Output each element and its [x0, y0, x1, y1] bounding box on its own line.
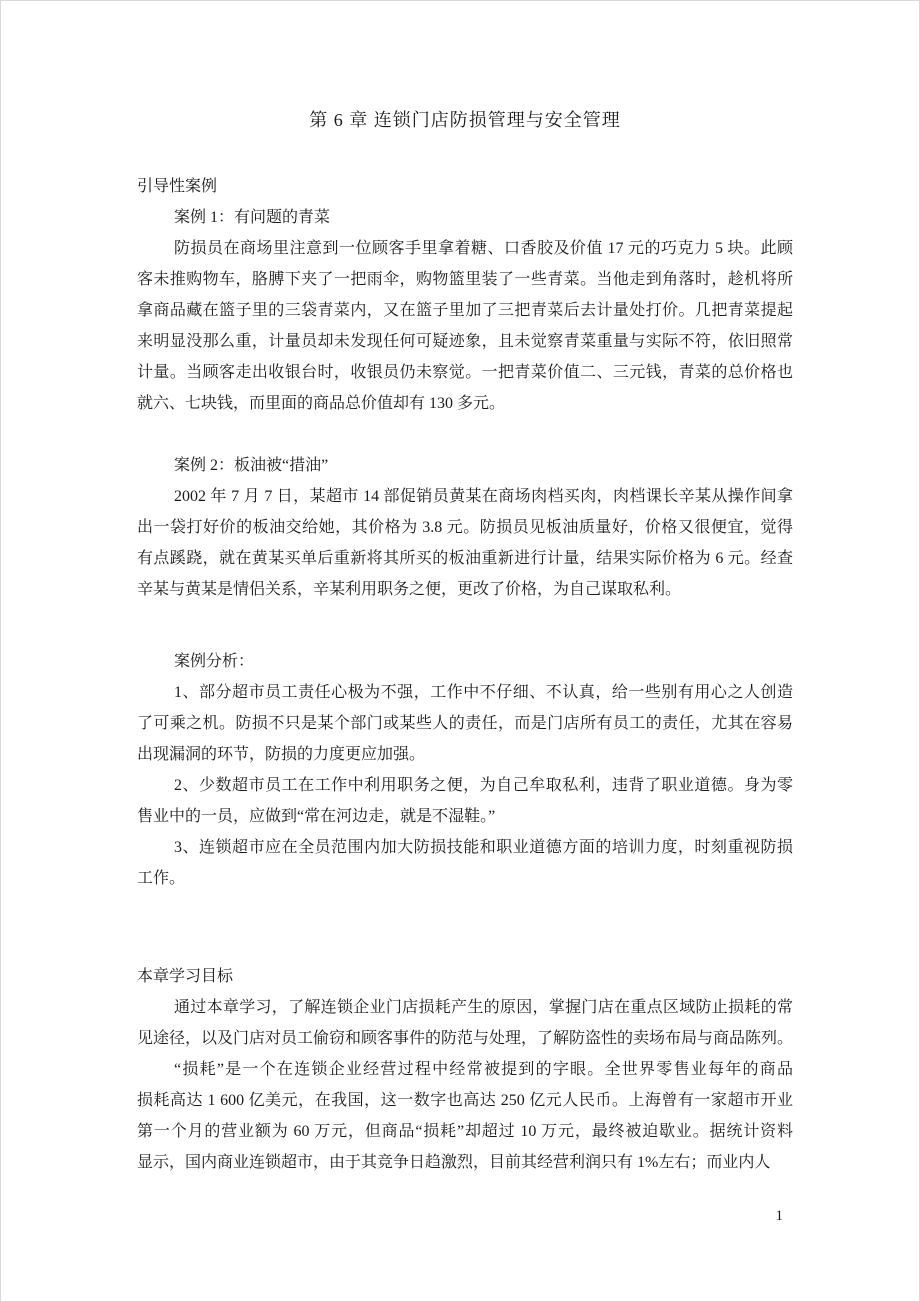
text-line: 售业中的一员，应做到“常在河边走，就是不湿鞋。”	[137, 801, 793, 832]
text-line: 计量。当顾客走出收银台时，收银员仍未察觉。一把青菜价值二、三元钱，青菜的总价格也	[137, 357, 793, 388]
text-line: 损耗高达 1 600 亿美元，在我国，这一数字也高达 250 亿元人民币。上海曾…	[137, 1085, 793, 1116]
document-page: 第 6 章 连锁门店防损管理与安全管理 引导性案例 案例 1：有问题的青菜 防损…	[0, 0, 920, 1302]
text-line: 了可乘之机。防损不只是某个部门或某些人的责任，而是门店所有员工的责任，尤其在容易	[137, 708, 793, 739]
objectives-heading: 本章学习目标	[137, 961, 793, 992]
text-line: 就六、七块钱，而里面的商品总价值却有 130 多元。	[137, 388, 793, 419]
text-line: 2002 年 7 月 7 日，某超市 14 部促销员黄某在商场肉档买肉，肉档课长…	[137, 481, 793, 512]
case2-section: 案例 2：板油被“措油” 2002 年 7 月 7 日，某超市 14 部促销员黄…	[137, 450, 793, 605]
case1-paragraph: 防损员在商场里注意到一位顾客手里拿着糖、口香胶及价值 17 元的巧克力 5 块。…	[137, 233, 793, 419]
text-line: 2、少数超市员工在工作中利用职务之便，为自己牟取私利，违背了职业道德。身为零	[137, 770, 793, 801]
text-line: 防损员在商场里注意到一位顾客手里拿着糖、口香胶及价值 17 元的巧克力 5 块。…	[137, 233, 793, 264]
analysis-item-3: 3、连锁超市应在全员范围内加大防损技能和职业道德方面的培训力度，时刻重视防损工作…	[137, 832, 793, 894]
text-line: 见途径，以及门店对员工偷窃和顾客事件的防范与处理，了解防盗性的卖场布局与商品陈列…	[137, 1023, 793, 1054]
text-line: 通过本章学习，了解连锁企业门店损耗产生的原因，掌握门店在重点区域防止损耗的常	[137, 992, 793, 1023]
text-line: 1、部分超市员工责任心极为不强，工作中不仔细、不认真，给一些别有用心之人创造	[137, 677, 793, 708]
text-line: 第一个月的营业额为 60 万元，但商品“损耗”却超过 10 万元，最终被迫歇业。…	[137, 1116, 793, 1147]
analysis-item-1: 1、部分超市员工责任心极为不强，工作中不仔细、不认真，给一些别有用心之人创造了可…	[137, 677, 793, 770]
text-line: 3、连锁超市应在全员范围内加大防损技能和职业道德方面的培训力度，时刻重视防损	[137, 832, 793, 863]
text-line: 客未推购物车，胳膊下夹了一把雨伞，购物篮里装了一些青菜。当他走到角落时，趁机将所	[137, 264, 793, 295]
text-line: 工作。	[137, 863, 793, 894]
text-line: “损耗”是一个在连锁企业经营过程中经常被提到的字眼。全世界零售业每年的商品	[137, 1054, 793, 1085]
analysis-section: 案例分析： 1、部分超市员工责任心极为不强，工作中不仔细、不认真，给一些别有用心…	[137, 646, 793, 894]
text-line: 拿商品藏在篮子里的三袋青菜内，又在篮子里加了三把青菜后去计量处打价。几把青菜提起	[137, 295, 793, 326]
analysis-heading: 案例分析：	[137, 646, 793, 677]
text-line: 出一袋打好价的板油交给她，其价格为 3.8 元。防损员见板油质量好，价格又很便宜…	[137, 512, 793, 543]
shrinkage-intro-paragraph: “损耗”是一个在连锁企业经营过程中经常被提到的字眼。全世界零售业每年的商品损耗高…	[137, 1054, 793, 1178]
text-line: 出现漏洞的环节，防损的力度更应加强。	[137, 739, 793, 770]
case2-heading: 案例 2：板油被“措油”	[137, 450, 793, 481]
case1-heading: 案例 1：有问题的青菜	[137, 202, 793, 233]
text-line: 辛某与黄某是情侣关系，辛某利用职务之便，更改了价格，为自己谋取私利。	[137, 574, 793, 605]
text-line: 显示，国内商业连锁超市，由于其竞争日趋激烈，目前其经营利润只有 1%左右；而业内…	[137, 1147, 793, 1178]
text-line: 来明显没那么重，计量员却未发现任何可疑迹象，且未觉察青菜重量与实际不符，依旧照常	[137, 326, 793, 357]
objectives-section: 本章学习目标 通过本章学习，了解连锁企业门店损耗产生的原因，掌握门店在重点区域防…	[137, 961, 793, 1178]
analysis-item-2: 2、少数超市员工在工作中利用职务之便，为自己牟取私利，违背了职业道德。身为零售业…	[137, 770, 793, 832]
chapter-title: 第 6 章 连锁门店防损管理与安全管理	[137, 105, 793, 136]
text-line: 有点蹊跷，就在黄某买单后重新将其所买的板油重新进行计量，结果实际价格为 6 元。…	[137, 543, 793, 574]
intro-section: 引导性案例 案例 1：有问题的青菜 防损员在商场里注意到一位顾客手里拿着糖、口香…	[137, 171, 793, 419]
objectives-goal-paragraph: 通过本章学习，了解连锁企业门店损耗产生的原因，掌握门店在重点区域防止损耗的常见途…	[137, 992, 793, 1054]
intro-case-label: 引导性案例	[137, 171, 793, 202]
page-number: 1	[137, 1201, 793, 1232]
case2-paragraph: 2002 年 7 月 7 日，某超市 14 部促销员黄某在商场肉档买肉，肉档课长…	[137, 481, 793, 605]
